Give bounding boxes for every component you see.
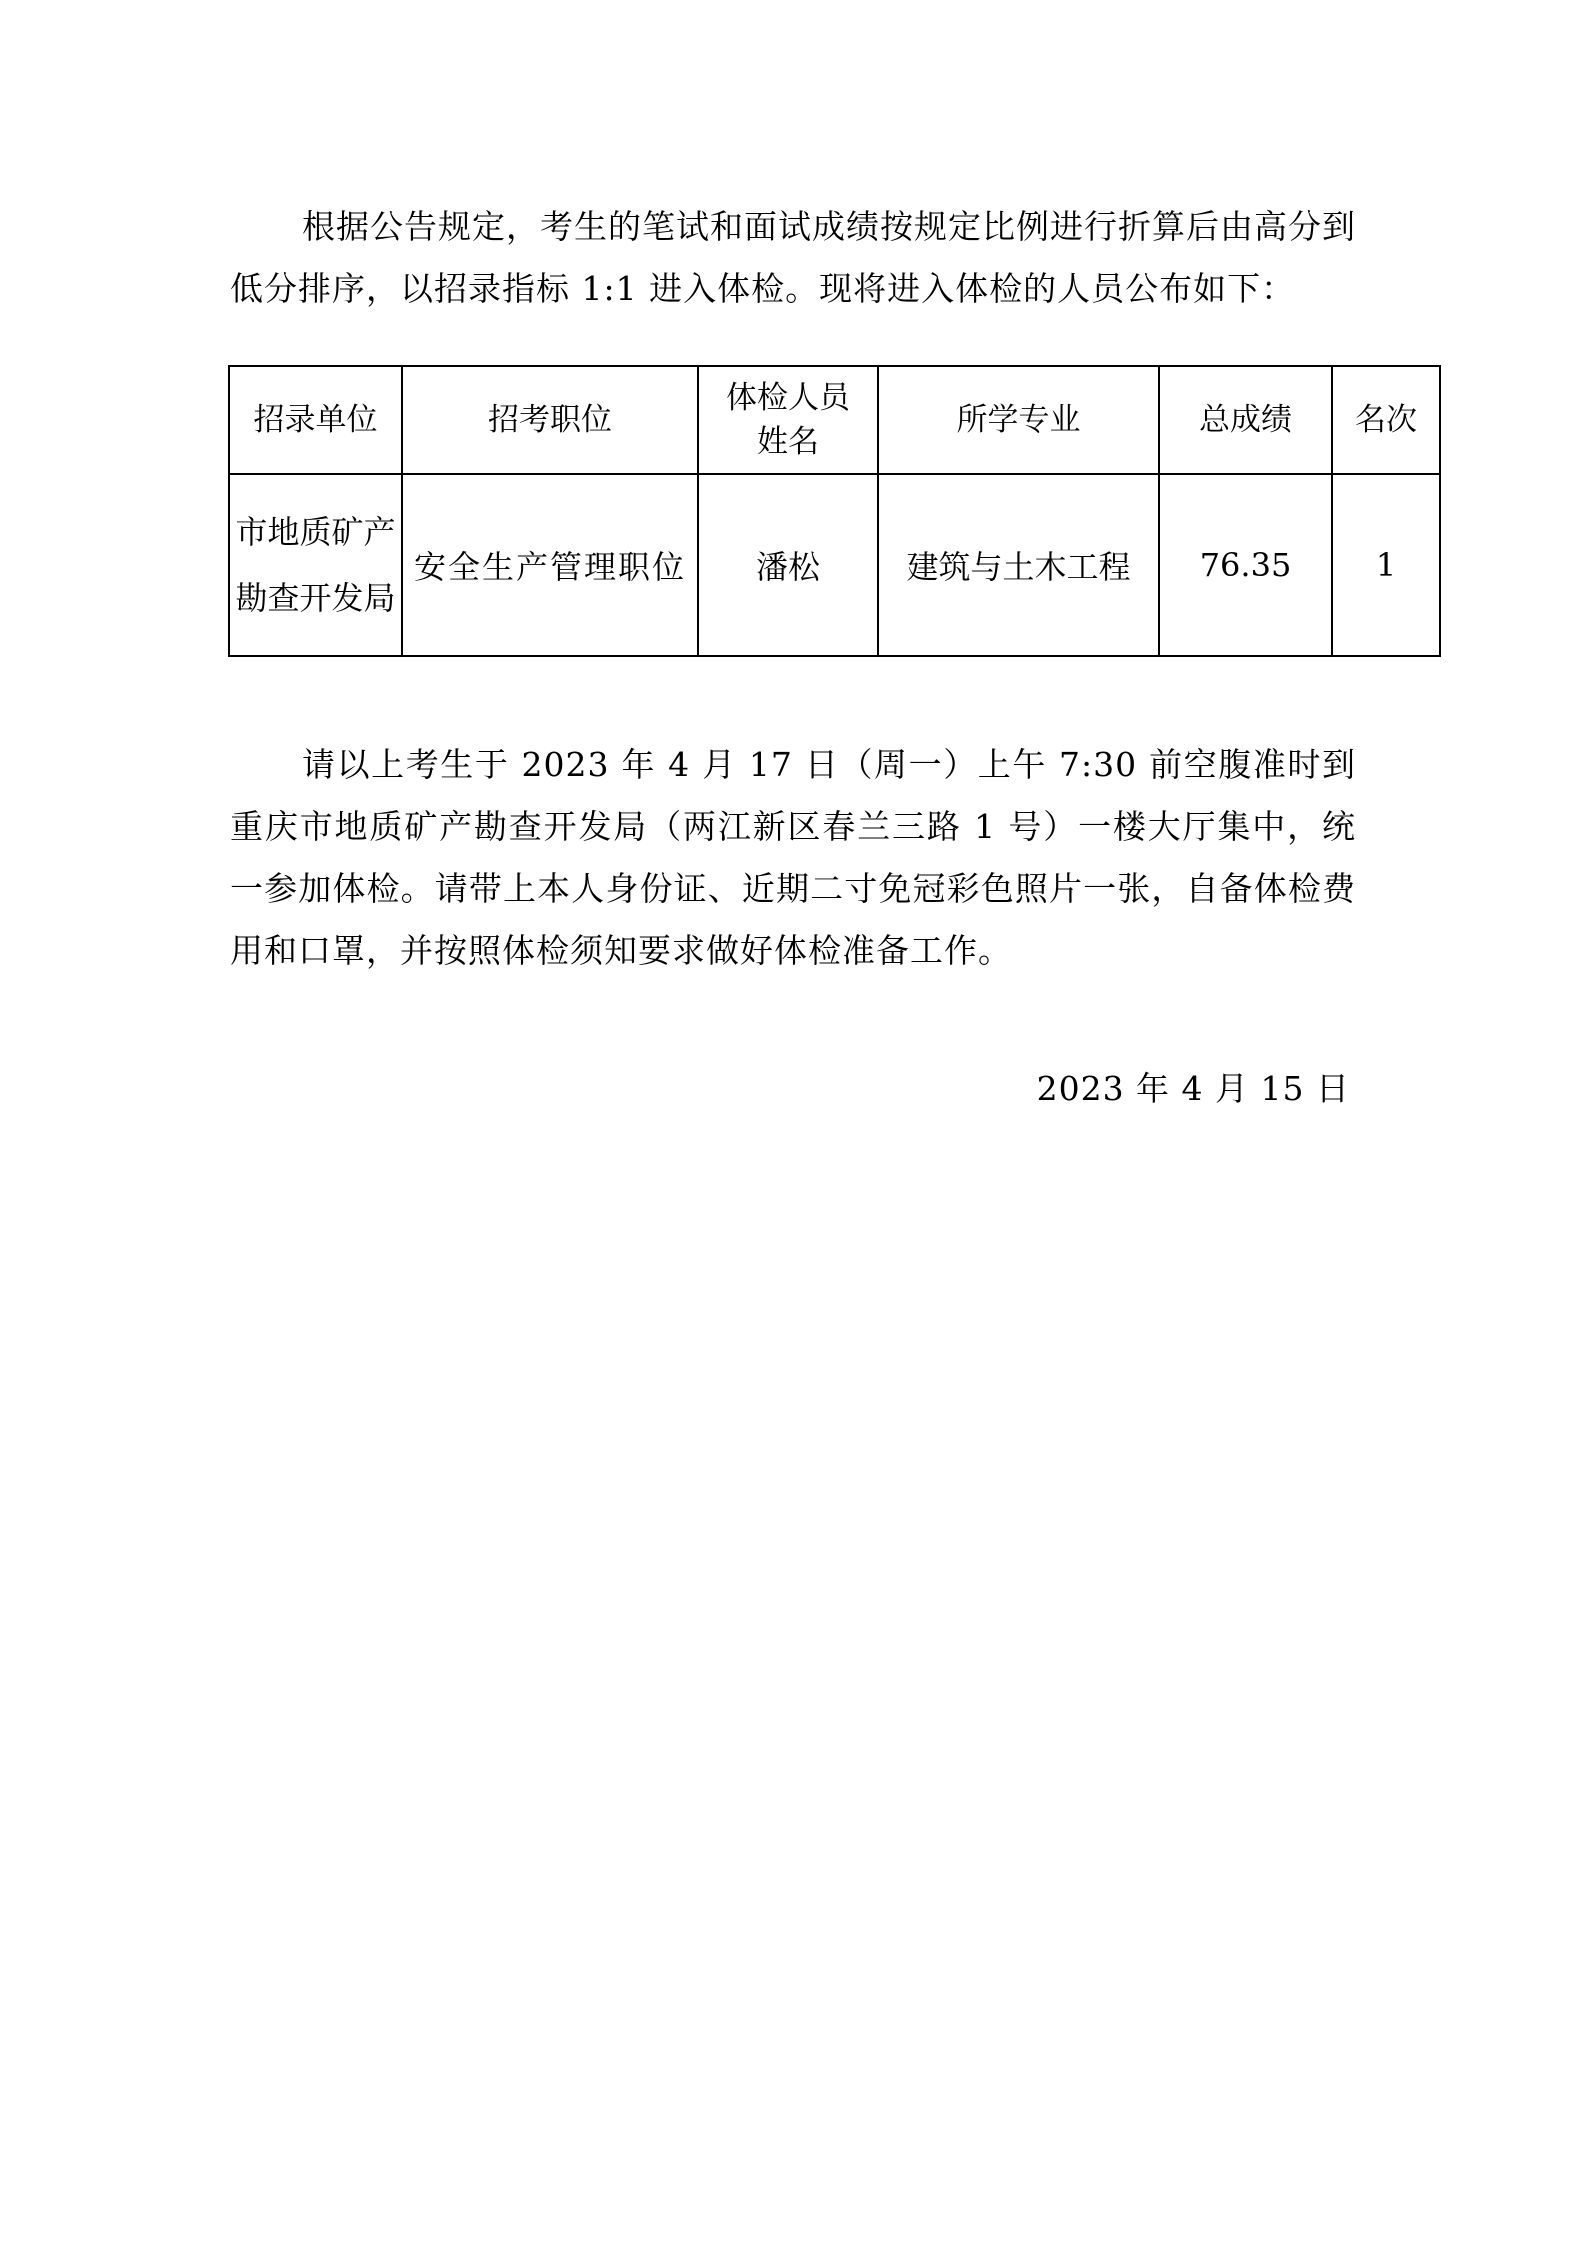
col-header-recruiting-position: 招考职位 xyxy=(402,366,698,474)
intro-paragraph: 根据公告规定，考生的笔试和面试成绩按规定比例进行折算后由高分到低分排序，以招录指… xyxy=(230,196,1356,320)
results-table: 招录单位 招考职位 体检人员姓名 所学专业 总成绩 名次 市地质矿产勘查开发局 … xyxy=(228,365,1441,657)
document-content: 根据公告规定，考生的笔试和面试成绩按规定比例进行折算后由高分到低分排序，以招录指… xyxy=(230,196,1356,1120)
col-header-examinee-name: 体检人员姓名 xyxy=(698,366,878,474)
cell-recruiting-position: 安全生产管理职位 xyxy=(402,474,698,656)
table-header-row: 招录单位 招考职位 体检人员姓名 所学专业 总成绩 名次 xyxy=(229,366,1440,474)
col-header-total-score: 总成绩 xyxy=(1159,366,1332,474)
table-row: 市地质矿产勘查开发局 安全生产管理职位 潘松 建筑与土木工程 76.35 1 xyxy=(229,474,1440,656)
cell-major: 建筑与土木工程 xyxy=(878,474,1159,656)
col-header-rank: 名次 xyxy=(1332,366,1440,474)
date-line: 2023 年 4 月 15 日 xyxy=(230,1058,1356,1120)
col-header-major: 所学专业 xyxy=(878,366,1159,474)
document-page: 根据公告规定，考生的笔试和面试成绩按规定比例进行折算后由高分到低分排序，以招录指… xyxy=(0,0,1586,2244)
cell-total-score: 76.35 xyxy=(1159,474,1332,656)
cell-examinee-name: 潘松 xyxy=(698,474,878,656)
notice-paragraph: 请以上考生于 2023 年 4 月 17 日（周一）上午 7:30 前空腹准时到… xyxy=(230,734,1356,982)
cell-rank: 1 xyxy=(1332,474,1440,656)
col-header-recruiting-unit: 招录单位 xyxy=(229,366,402,474)
cell-recruiting-unit: 市地质矿产勘查开发局 xyxy=(229,474,402,656)
